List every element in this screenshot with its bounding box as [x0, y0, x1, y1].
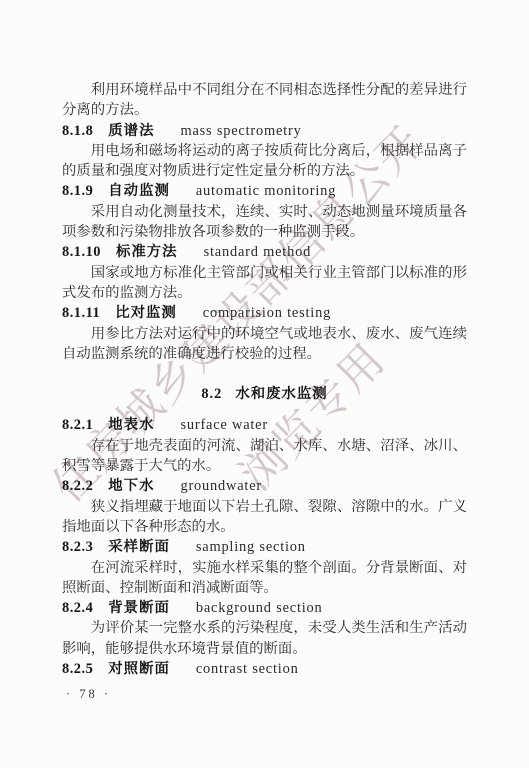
definition-paragraph: 存在于地壳表面的河流、湖泊、水库、水塘、沼泽、冰川、积雪等暴露于大气的水。 — [62, 436, 467, 477]
section-number: 8.2 — [201, 386, 222, 402]
entry-number: 8.1.11 — [62, 303, 100, 323]
term-entry: 8.2.5对照断面contrast section — [62, 659, 467, 679]
entry-term-english: contrast section — [196, 659, 299, 679]
entry-number: 8.2.1 — [62, 415, 93, 435]
section-title: 水和废水监测 — [235, 386, 327, 402]
entry-term-chinese: 比对监测 — [115, 303, 177, 323]
entry-term-english: comparision testing — [203, 303, 331, 323]
entry-number: 8.2.4 — [62, 598, 93, 618]
term-entry: 8.1.9自动监测automatic monitoring — [62, 181, 467, 201]
entry-term-chinese: 对照断面 — [108, 659, 170, 679]
entry-term-english: background section — [196, 598, 323, 618]
entry-term-english: mass spectrometry — [180, 121, 301, 141]
content-flow: 利用环境样品中不同组分在不同相态选择性分配的差异进行分离的方法。8.1.8质谱法… — [62, 80, 467, 679]
entry-term-english: automatic monitoring — [196, 181, 336, 201]
term-entry: 8.2.4背景断面background section — [62, 598, 467, 618]
definition-paragraph: 用参比方法对运行中的环境空气或地表水、废水、废气连续自动监测系统的准确度进行校验… — [62, 324, 467, 365]
definition-paragraph: 为评价某一完整水系的污染程度，未受人类生活和生产活动影响，能够提供水环境背景值的… — [62, 618, 467, 659]
entry-number: 8.1.8 — [62, 121, 93, 141]
entry-term-chinese: 自动监测 — [108, 181, 170, 201]
entry-number: 8.1.10 — [62, 242, 101, 262]
entry-number: 8.2.5 — [62, 659, 93, 679]
definition-paragraph: 采用自动化测量技术，连续、实时、动态地测量环境质量各项参数和污染物排放各项参数的… — [62, 202, 467, 243]
definition-paragraph: 利用环境样品中不同组分在不同相态选择性分配的差异进行分离的方法。 — [62, 80, 467, 121]
term-entry: 8.1.11比对监测comparision testing — [62, 303, 467, 323]
entry-term-chinese: 地表水 — [108, 415, 154, 435]
definition-paragraph: 在河流采样时，实施水样采集的整个剖面。分背景断面、对照断面、控制断面和消减断面等… — [62, 558, 467, 599]
term-entry: 8.2.3采样断面sampling section — [62, 537, 467, 557]
entry-term-chinese: 标准方法 — [116, 242, 178, 262]
definition-paragraph: 用电场和磁场将运动的离子按质荷比分离后，根据样品离子的质量和强度对物质进行定性定… — [62, 141, 467, 182]
entry-number: 8.1.9 — [62, 181, 93, 201]
entry-term-english: groundwater — [180, 476, 262, 496]
definition-paragraph: 狭义指埋藏于地面以下岩土孔隙、裂隙、溶隙中的水。广义指地面以下各种形态的水。 — [62, 497, 467, 538]
definition-paragraph: 国家或地方标准化主管部门或相关行业主管部门以标准的形式发布的监测方法。 — [62, 263, 467, 304]
entry-term-chinese: 背景断面 — [108, 598, 170, 618]
entry-term-chinese: 采样断面 — [108, 537, 170, 557]
entry-number: 8.2.2 — [62, 476, 93, 496]
term-entry: 8.2.2地下水groundwater — [62, 476, 467, 496]
scanned-document-page: 住房城乡建设部信息公开 浏览专用 利用环境样品中不同组分在不同相态选择性分配的差… — [0, 0, 529, 768]
entry-term-english: standard method — [204, 242, 312, 262]
entry-term-english: surface water — [180, 415, 268, 435]
term-entry: 8.1.10标准方法standard method — [62, 242, 467, 262]
entry-term-chinese: 质谱法 — [108, 121, 154, 141]
entry-term-english: sampling section — [196, 537, 306, 557]
term-entry: 8.1.8质谱法mass spectrometry — [62, 121, 467, 141]
section-heading: 8.2水和废水监测 — [62, 384, 467, 404]
entry-number: 8.2.3 — [62, 537, 93, 557]
page-number: · 78 · — [66, 687, 111, 702]
entry-term-chinese: 地下水 — [108, 476, 154, 496]
term-entry: 8.2.1地表水surface water — [62, 415, 467, 435]
